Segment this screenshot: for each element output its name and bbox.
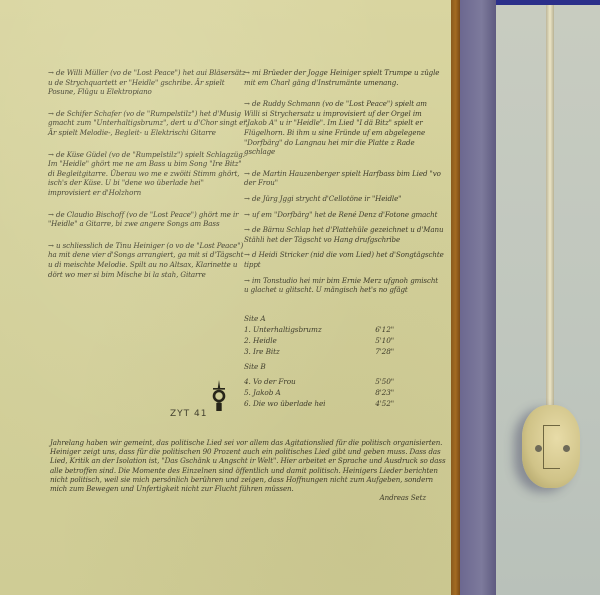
screw-icon — [563, 445, 570, 452]
track-number: 5. — [244, 388, 251, 397]
credits-left-column: → de Willi Müller (vo de "Lost Peace") h… — [48, 68, 248, 291]
cable-conduit — [546, 5, 554, 415]
track-title: Jakob A — [253, 388, 281, 397]
track-row: 5. Jakob A 8'23" — [244, 387, 394, 398]
credit-entry: → de Küse Güdel (vo de "Rumpelstilz") sp… — [48, 150, 248, 198]
credit-entry: → de Jürg Jggi strycht d'Cellotöne ir "H… — [244, 194, 444, 204]
credit-entry: → mi Brüeder der Jogge Heiniger spielt T… — [244, 68, 444, 87]
track-row: 4. Vo der Frou 5'50" — [244, 376, 394, 387]
credit-entry: → de Claudio Bischoff (vo de "Lost Peace… — [48, 210, 248, 229]
track-number: 2. — [244, 336, 251, 345]
wall-shadow — [460, 0, 496, 595]
track-title: Die wo überlade hei — [253, 399, 325, 408]
track-number: 4. — [244, 377, 251, 386]
track-duration: 6'12" — [375, 324, 394, 335]
track-duration: 4'52" — [375, 398, 394, 409]
track-number: 3. — [244, 347, 251, 356]
credit-entry: → u schliesslich de Tinu Heiniger (o vo … — [48, 241, 248, 279]
credit-entry: → im Tonstudio hei mir bim Ernie Merz uf… — [244, 276, 444, 295]
tracklist: Site A 1. Unterhaltigsbrumz 6'12" 2. Hei… — [244, 313, 394, 409]
track-duration: 8'23" — [375, 387, 394, 398]
track-title: Vo der Frou — [253, 377, 296, 386]
credit-entry: → de Schifer Schafer (vo de "Rumpelstilz… — [48, 109, 248, 138]
track-duration: 5'10" — [375, 335, 394, 346]
track-row: 6. Die wo überlade hei 4'52" — [244, 398, 394, 409]
track-row: 2. Heidle 5'10" — [244, 335, 394, 346]
track-duration: 7'28" — [375, 346, 394, 357]
track-title: Heidle — [253, 336, 277, 345]
light-switch-icon — [522, 405, 580, 488]
signature: Andreas Setz — [50, 493, 450, 502]
liner-note-text: Jahrelang haben wir gemeint, das politis… — [50, 438, 450, 493]
credit-entry: → uf em "Dorfbärg" het de René Denz d'Fo… — [244, 210, 444, 220]
track-duration: 5'50" — [375, 376, 394, 387]
credit-entry: → de Martin Hauzenberger spielt Harfbass… — [244, 169, 444, 188]
track-row: 1. Unterhaltigsbrumz 6'12" — [244, 324, 394, 335]
side-b-label: Site B — [244, 361, 394, 372]
credit-entry: → de Ruddy Schmann (vo de "Lost Peace") … — [244, 99, 444, 157]
track-title: Unterhaltigsbrumz — [253, 325, 322, 334]
track-row: 3. Ire Bitz 7'28" — [244, 346, 394, 357]
wood-edge-strip — [451, 0, 460, 595]
credit-entry: → de Bärnu Schlap het d'Plattehüle gezei… — [244, 225, 444, 244]
zytglogge-bell-icon — [212, 380, 226, 416]
liner-note: Jahrelang haben wir gemeint, das politis… — [50, 438, 450, 502]
credit-entry: → d Heidi Stricker (nid die vom Lied) he… — [244, 250, 444, 269]
record-sleeve-back: → de Willi Müller (vo de "Lost Peace") h… — [0, 0, 452, 595]
switch-rocker — [543, 425, 560, 469]
catalog-number: ZYT 41 — [170, 409, 207, 419]
track-number: 1. — [244, 325, 251, 334]
side-a-label: Site A — [244, 313, 394, 324]
track-title: Ire Bitz — [253, 347, 280, 356]
screw-icon — [535, 445, 542, 452]
credit-entry: → de Willi Müller (vo de "Lost Peace") h… — [48, 68, 248, 97]
track-number: 6. — [244, 399, 251, 408]
credits-right-column: → mi Brüeder der Jogge Heiniger spielt T… — [244, 68, 444, 307]
